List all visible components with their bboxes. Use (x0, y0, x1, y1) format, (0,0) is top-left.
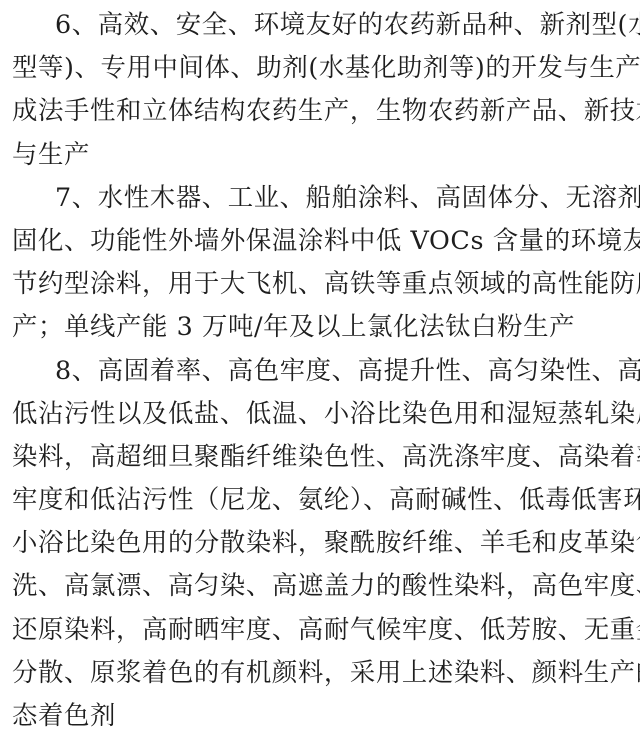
text-line: 低沾污性以及低盐、低温、小浴比染色用和湿短蒸轧染用的活性 (12, 392, 628, 435)
paragraph-item-6: 6、高效、安全、环境友好的农药新品种、新剂型(水基化剂 型等)、专用中间体、助剂… (12, 3, 628, 176)
text-line: 成法手性和立体结构农药生产，生物农药新产品、新技术的开发 (12, 89, 628, 132)
text-line: 染料，高超细旦聚酯纤维染色性、高洗涤牢度、高染着率、高光 (12, 435, 628, 478)
text-line: 还原染料，高耐晒牢度、高耐气候牢度、低芳胺、无重金属、易 (12, 608, 628, 651)
text-line: 6、高效、安全、环境友好的农药新品种、新剂型(水基化剂 (12, 3, 628, 46)
document-body: 6、高效、安全、环境友好的农药新品种、新剂型(水基化剂 型等)、专用中间体、助剂… (12, 3, 628, 737)
text-line: 牢度和低沾污性（尼龙、氨纶）、高耐碱性、低毒低害环保型、 (12, 478, 628, 521)
text-line: 分散、原浆着色的有机颜料，采用上述染料、颜料生产的水性液 (12, 651, 628, 694)
text-line: 固化、功能性外墙外保温涂料中低 VOCs 含量的环境友好、资源 (12, 219, 628, 262)
paragraph-item-7: 7、水性木器、工业、船舶涂料、高固体分、无溶剂、辐射 固化、功能性外墙外保温涂料… (12, 176, 628, 349)
paragraph-item-8: 8、高固着率、高色牢度、高提升性、高匀染性、高重现性、 低沾污性以及低盐、低温、… (12, 349, 628, 738)
text-line: 态着色剂 (12, 694, 628, 737)
text-line: 与生产 (12, 133, 628, 176)
text-line: 7、水性木器、工业、船舶涂料、高固体分、无溶剂、辐射 (12, 176, 628, 219)
text-line: 节约型涂料，用于大飞机、高铁等重点领域的高性能防腐涂料生 (12, 262, 628, 305)
text-line: 洗、高氯漂、高匀染、高遮盖力的酸性染料，高色牢度、功能性 (12, 564, 628, 607)
text-line: 8、高固着率、高色牢度、高提升性、高匀染性、高重现性、 (12, 349, 628, 392)
text-line: 产；单线产能 3 万吨/年及以上氯化法钛白粉生产 (12, 305, 628, 348)
text-line: 型等)、专用中间体、助剂(水基化助剂等)的开发与生产，定向合 (12, 46, 628, 89)
text-line: 小浴比染色用的分散染料，聚酰胺纤维、羊毛和皮革染色用高耐 (12, 521, 628, 564)
